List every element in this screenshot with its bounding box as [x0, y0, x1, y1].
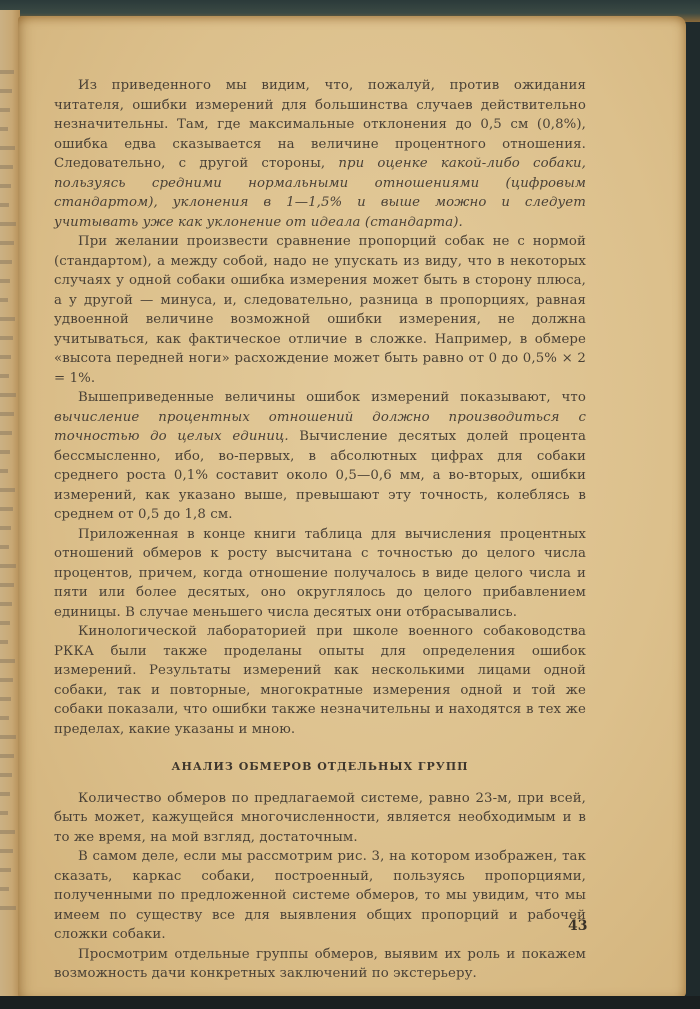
left-page-text-fragment [0, 70, 14, 74]
left-page-text-fragment [0, 773, 12, 777]
left-page-text-fragment [0, 336, 13, 340]
left-page-text-fragment [0, 621, 10, 625]
left-page-text-fragment [0, 602, 12, 606]
left-page-text-fragment [0, 735, 16, 739]
left-page-text-fragment [0, 317, 15, 321]
left-page-text-fragment [0, 431, 12, 435]
paragraph-4: Приложенная в конце книги таблица для вы… [54, 525, 586, 623]
paragraph-3: Вышеприведенные величины ошибок измерени… [54, 388, 586, 525]
page-body: Из приведенного мы видим, что, пожалуй, … [54, 76, 586, 984]
left-page-text-fragment [0, 849, 13, 853]
left-page-text-fragment [0, 697, 11, 701]
left-page-text-fragment [0, 222, 16, 226]
left-page-text-fragment [0, 127, 8, 131]
section-heading: АНАЛИЗ ОБМЕРОВ ОТДЕЛЬНЫХ ГРУПП [54, 757, 586, 777]
left-page-edge [0, 10, 20, 1000]
left-page-text-fragment [0, 811, 8, 815]
left-page-text-fragment [0, 89, 12, 93]
section-paragraph-3: Просмотрим отдельные группы обмеров, выя… [54, 945, 586, 984]
paragraph-1: Из приведенного мы видим, что, пожалуй, … [54, 76, 586, 232]
left-page-text-fragment [0, 146, 15, 150]
page-number: 43 [568, 918, 587, 934]
left-page-text-fragment [0, 165, 13, 169]
left-page-text-fragment [0, 716, 9, 720]
left-page-text-fragment [0, 564, 16, 568]
left-page-text-fragment [0, 279, 10, 283]
left-page-text-fragment [0, 906, 16, 910]
left-page-text-fragment [0, 792, 10, 796]
paragraph-text: Приложенная в конце книги таблица для вы… [54, 527, 586, 620]
section-paragraph-2: В самом деле, если мы рассмотрим рис. 3,… [54, 847, 586, 945]
left-page-text-fragment [0, 507, 13, 511]
paragraph-text: При желании произвести сравнение пропорц… [54, 234, 586, 386]
left-page-text-fragment [0, 830, 15, 834]
left-page-text-fragment [0, 260, 12, 264]
book-bottom-edge [0, 996, 700, 1009]
left-page-text-fragment [0, 469, 8, 473]
left-page-text-fragment [0, 203, 9, 207]
left-page-text-fragment [0, 526, 11, 530]
left-page-text-fragment [0, 393, 16, 397]
left-page-text-fragment [0, 545, 9, 549]
left-page-text-fragment [0, 678, 13, 682]
left-page-text-fragment [0, 659, 15, 663]
left-page-text-fragment [0, 108, 10, 112]
left-page-text-fragment [0, 241, 14, 245]
paragraph-5: Кинологической лабораторией при школе во… [54, 622, 586, 739]
left-page-text-fragment [0, 640, 8, 644]
left-page-text-fragment [0, 488, 15, 492]
left-page-text-fragment [0, 450, 10, 454]
left-page-text-fragment [0, 583, 14, 587]
left-page-text-fragment [0, 754, 14, 758]
left-page-text-fragment [0, 374, 9, 378]
section-paragraph-1: Количество обмеров по предлагаемой систе… [54, 789, 586, 848]
left-page-text-fragment [0, 355, 11, 359]
left-page-text-fragment [0, 412, 14, 416]
paragraph-text: Кинологической лабораторией при школе во… [54, 624, 586, 737]
paragraph-text: Вышеприведенные величины ошибок измерени… [78, 390, 586, 405]
left-page-text-fragment [0, 887, 9, 891]
left-page-text-fragment [0, 868, 11, 872]
paragraph-2: При желании произвести сравнение пропорц… [54, 232, 586, 388]
left-page-text-fragment [0, 184, 11, 188]
left-page-text-fragment [0, 298, 8, 302]
